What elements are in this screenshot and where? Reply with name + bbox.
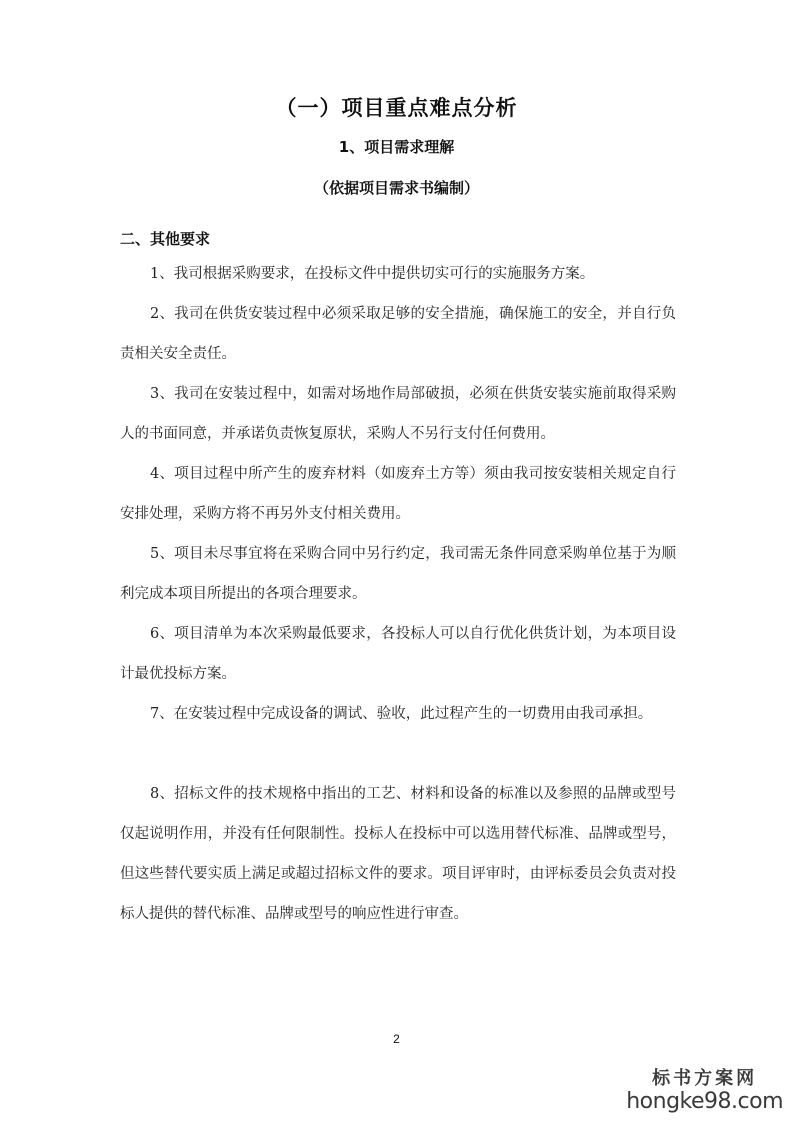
paragraph-3: 3、我司在安装过程中，如需对场地作局部破损，必须在供货安装实施前取得采购人的书面… [120,374,676,454]
document-title: （一）项目重点难点分析 [0,92,793,122]
document-note: （依据项目需求书编制） [0,177,793,198]
page-number: 2 [0,1032,793,1046]
section-heading: 二、其他要求 [120,228,210,249]
watermark-cn-text: 标书方案网 [626,1068,783,1090]
paragraph-4: 4、项目过程中所产生的废弃材料（如废弃土方等）须由我司按安装相关规定自行安排处理… [120,454,676,534]
paragraph-7: 7、在安装过程中完成设备的调试、验收，此过程产生的一切费用由我司承担。 [120,694,676,734]
watermark-en-text: hongke98.com [626,1090,783,1114]
paragraph-8: 8、招标文件的技术规格中指出的工艺、材料和设备的标准以及参照的品牌或型号仅起说明… [120,774,676,934]
document-page: （一）项目重点难点分析 1、项目需求理解 （依据项目需求书编制） 二、其他要求 … [0,0,793,1122]
document-subtitle: 1、项目需求理解 [0,136,793,157]
watermark-logo: 标书方案网 hongke98.com [626,1068,783,1114]
paragraph-6: 6、项目清单为本次采购最低要求，各投标人可以自行优化供货计划，为本项目设计最优投… [120,614,676,694]
paragraph-1: 1、我司根据采购要求，在投标文件中提供切实可行的实施服务方案。 [120,254,676,294]
paragraph-5: 5、项目未尽事宜将在采购合同中另行约定，我司需无条件同意采购单位基于为顺利完成本… [120,534,676,614]
paragraph-2: 2、我司在供货安装过程中必须采取足够的安全措施，确保施工的安全，并自行负责相关安… [120,294,676,374]
